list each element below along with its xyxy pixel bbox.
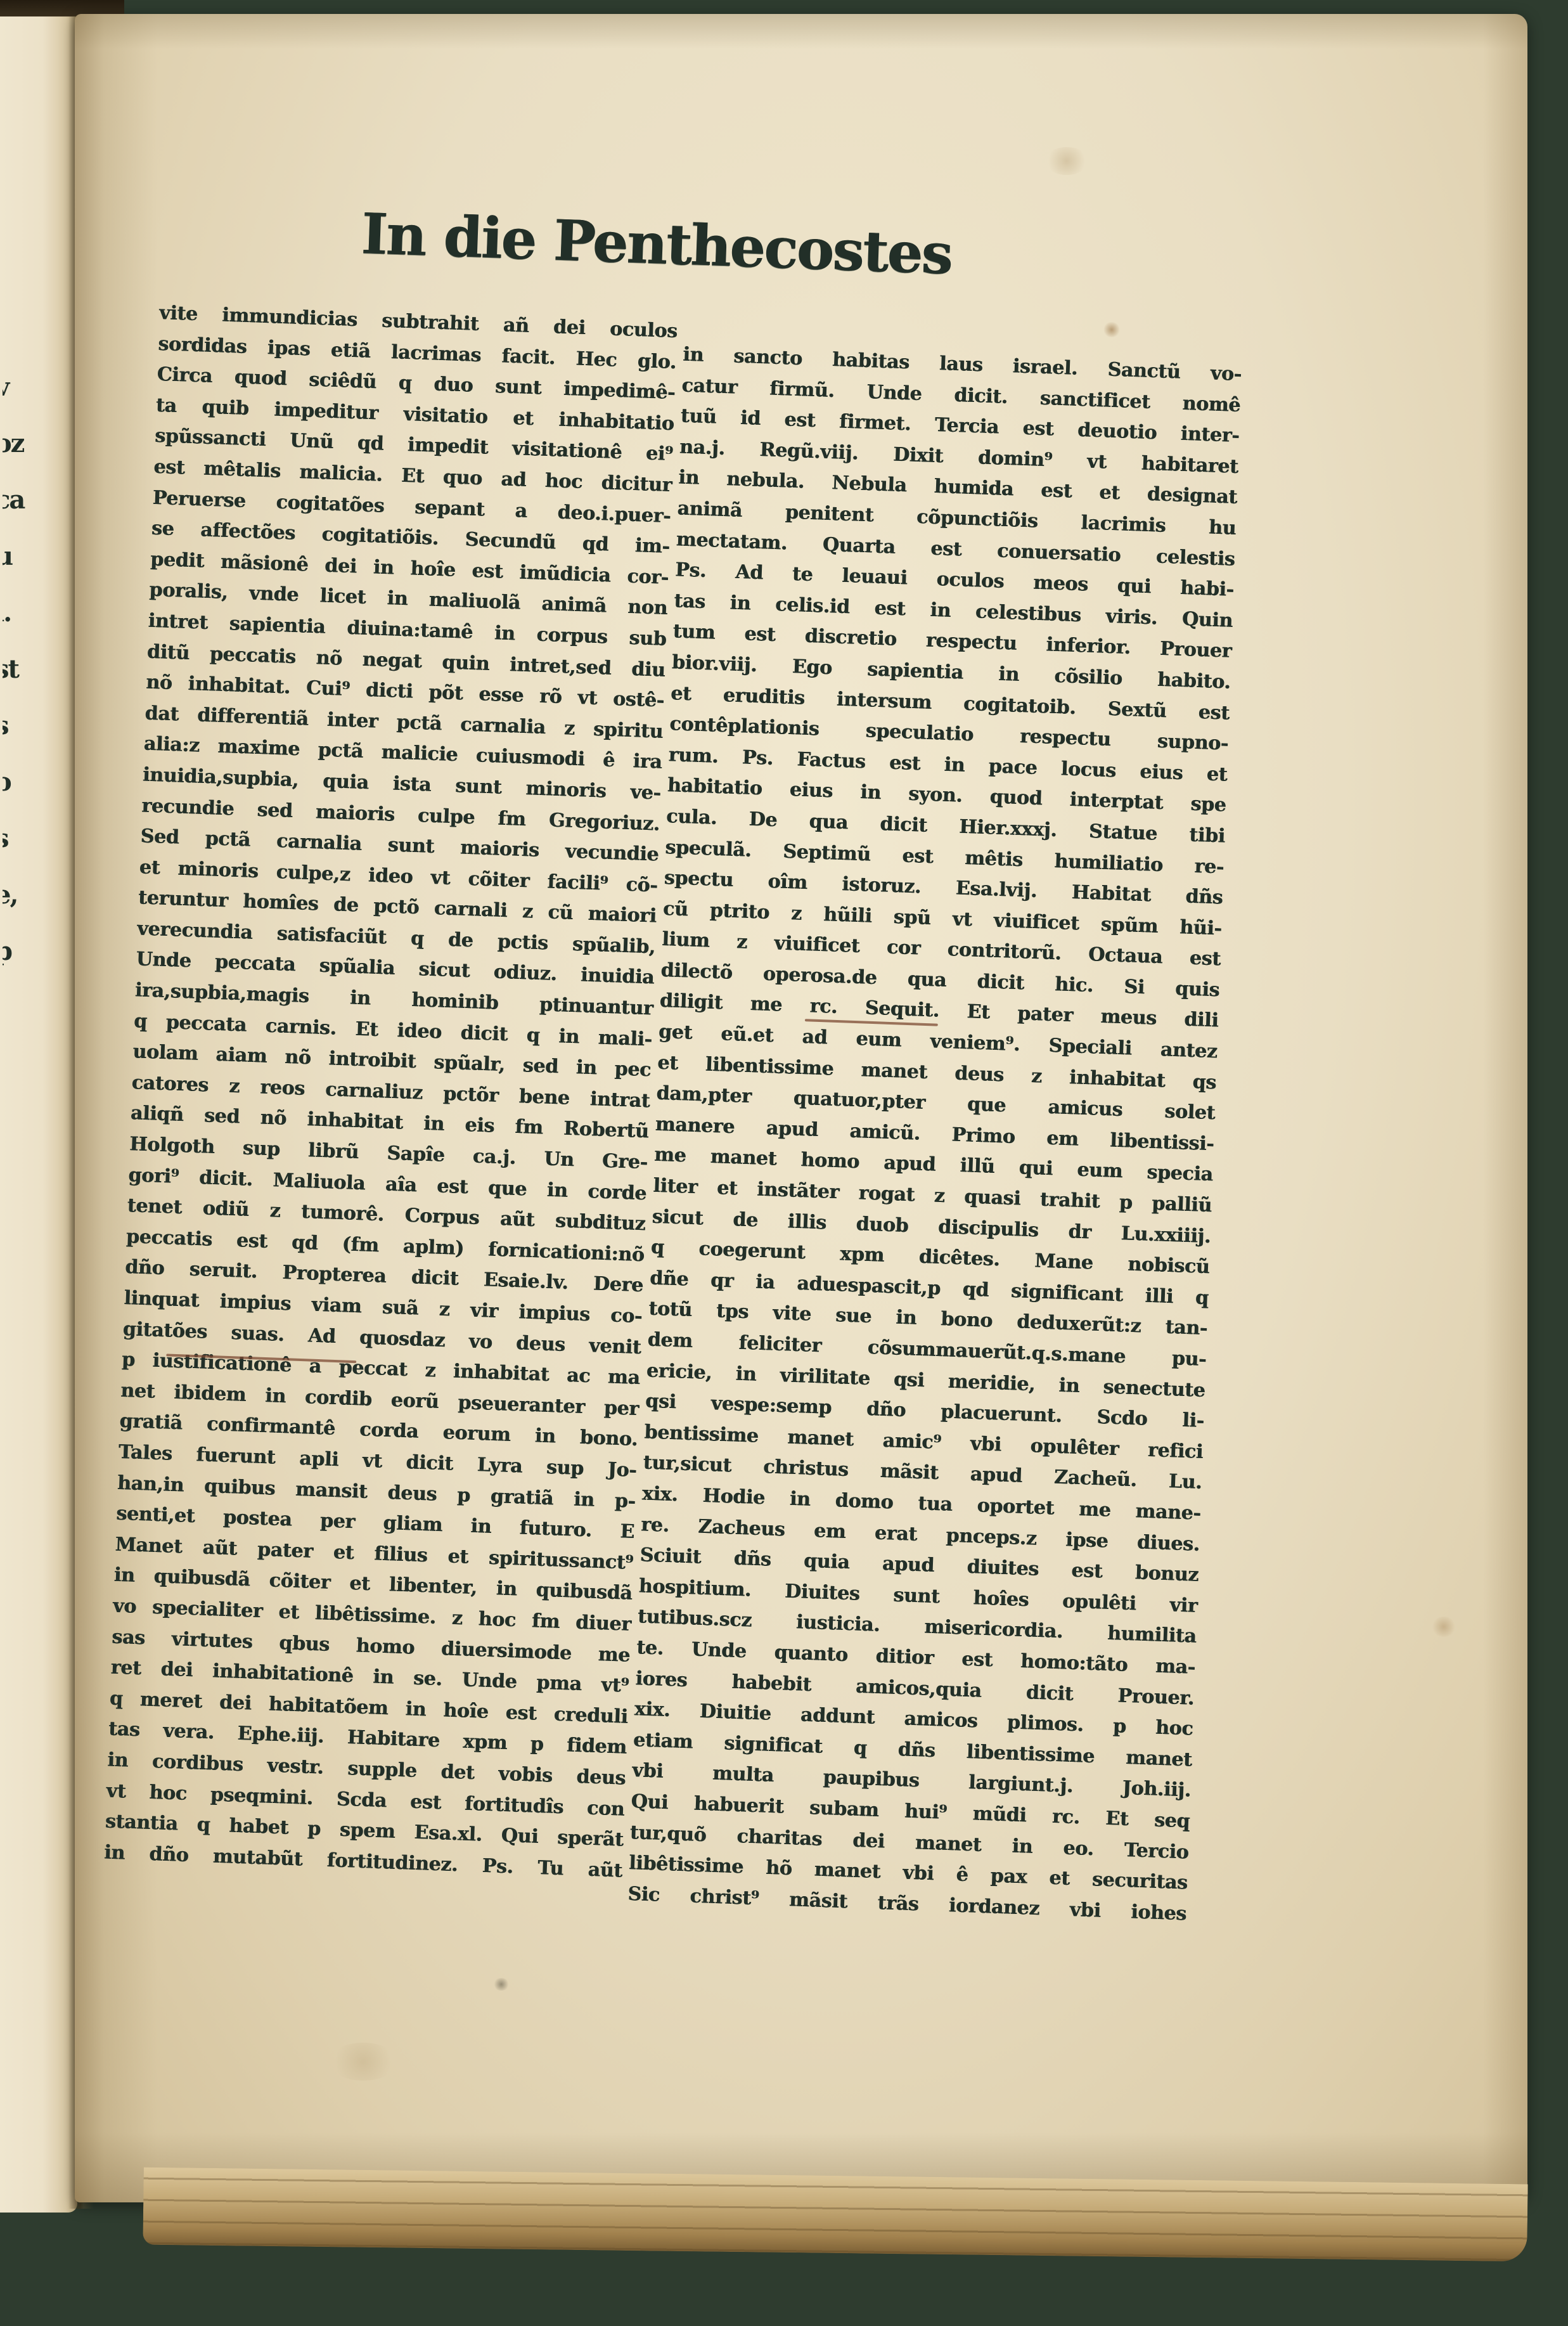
text-fragment: s bbox=[3, 697, 39, 754]
text-fragment: oz bbox=[3, 415, 39, 472]
text-fragment: p bbox=[3, 923, 39, 979]
text-fragment: i. bbox=[3, 585, 39, 641]
facing-page-edge: vozcaui.stsose,p bbox=[0, 16, 77, 2213]
facing-page-text-fragments: vozcaui.stsose,p bbox=[3, 359, 47, 979]
text-block: vite immundicias subtrahit añ dei oculos… bbox=[103, 298, 1247, 1930]
ink-stain bbox=[493, 1978, 510, 1991]
page-stack-edge bbox=[143, 2168, 1527, 2262]
text-fragment: o bbox=[3, 754, 39, 810]
ink-stain bbox=[1044, 147, 1089, 175]
text-fragment: u bbox=[3, 528, 39, 585]
ink-stain bbox=[328, 2043, 398, 2081]
text-fragment: s bbox=[3, 810, 39, 867]
text-column-right: in sancto habitas laus israel. Sanctũ vo… bbox=[627, 317, 1243, 1930]
text-fragment: st bbox=[3, 641, 39, 697]
scanned-book-page: vozcaui.stsose,p In die Penthecostes vit… bbox=[0, 0, 1568, 2326]
text-fragment: e, bbox=[3, 867, 39, 923]
text-fragment: ca bbox=[3, 472, 39, 528]
ink-stain bbox=[1431, 1617, 1456, 1637]
text-fragment: v bbox=[3, 359, 39, 415]
text-column-left: vite immundicias subtrahit añ dei oculos… bbox=[103, 298, 678, 1909]
